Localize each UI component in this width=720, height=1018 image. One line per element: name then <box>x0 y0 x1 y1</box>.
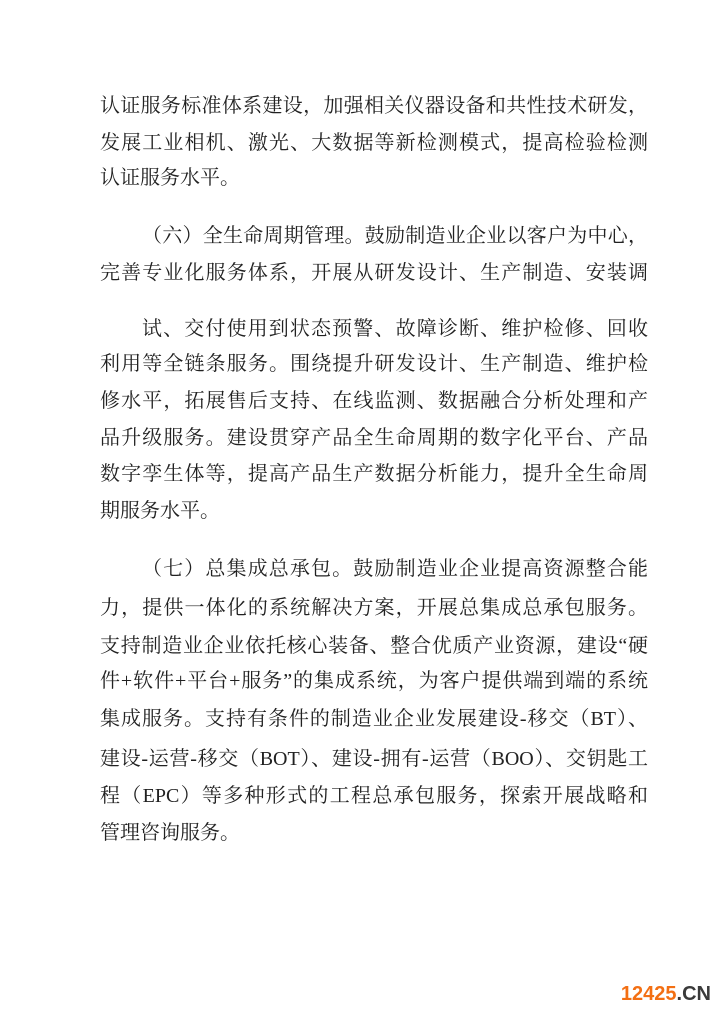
doc-line: 发展工业相机、激光、大数据等新检测模式，提高检验检测 <box>100 130 648 156</box>
doc-line: 品升级服务。建设贯穿产品全生命周期的数字化平台、产品 <box>100 425 648 451</box>
doc-line: 建设-运营-移交（BOT）、建设-拥有-运营（BOO）、交钥匙工 <box>100 746 648 772</box>
doc-line: 支持制造业企业依托核心装备、整合优质产业资源，建设“硬 <box>100 633 648 659</box>
doc-line: 期服务水平。 <box>100 498 648 524</box>
doc-line: 认证服务标准体系建设，加强相关仪器设备和共性技术研发， <box>100 93 648 119</box>
watermark-domain: .CN <box>677 983 711 1005</box>
doc-line: 试、交付使用到状态预警、故障诊断、维护检修、回收 <box>142 316 648 342</box>
doc-line: 件+软件+平台+服务”的集成系统，为客户提供端到端的系统 <box>100 668 648 694</box>
doc-line: 认证服务水平。 <box>100 165 648 191</box>
doc-line: 程（EPC）等多种形式的工程总承包服务，探索开展战略和 <box>100 783 648 809</box>
watermark-number: 12425 <box>621 983 677 1005</box>
doc-line: 数字孪生体等，提高产品生产数据分析能力，提升全生命周 <box>100 461 648 487</box>
watermark-logo: 12425.CN <box>621 983 711 1005</box>
doc-line: 完善专业化服务体系，开展从研发设计、生产制造、安装调 <box>100 260 648 286</box>
doc-line: 利用等全链条服务。围绕提升研发设计、生产制造、维护检 <box>100 351 648 377</box>
doc-line section-heading-line: （七）总集成总承包。鼓励制造业企业提高资源整合能 <box>142 556 648 582</box>
doc-line section-heading-line: （六）全生命周期管理。鼓励制造业企业以客户为中心， <box>142 223 648 249</box>
document-page: 认证服务标准体系建设，加强相关仪器设备和共性技术研发， 发展工业相机、激光、大数… <box>0 0 720 1018</box>
doc-line: 管理咨询服务。 <box>100 820 648 846</box>
doc-line: 修水平，拓展售后支持、在线监测、数据融合分析处理和产 <box>100 388 648 414</box>
doc-line: 力，提供一体化的系统解决方案，开展总集成总承包服务。 <box>100 595 648 621</box>
doc-line: 集成服务。支持有条件的制造业企业发展建设-移交（BT）、 <box>100 706 648 732</box>
